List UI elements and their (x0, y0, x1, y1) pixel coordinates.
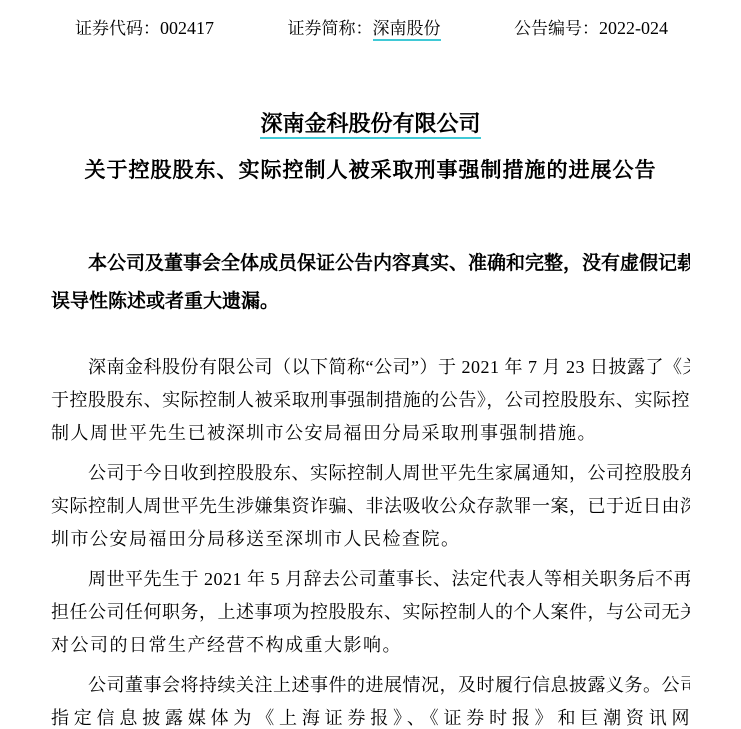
announcement-number: 公告编号：2022-024 (514, 16, 668, 41)
announcement-subject: 关于控股股东、实际控制人被采取刑事强制措施的进展公告 (51, 155, 690, 185)
body-line: 公司于今日收到控股股东、实际控制人周世平先生家属通知，公司控股股东、 (51, 457, 690, 490)
body-line: 周世平先生于 2021 年 5 月辞去公司董事长、法定代表人等相关职务后不再 (51, 563, 690, 596)
disclaimer: 本公司及董事会全体成员保证公告内容真实、准确和完整，没有虚假记载、 误导性陈述或… (51, 245, 690, 321)
document-body: 深南金科股份有限公司（以下简称“公司”）于 2021 年 7 月 23 日披露了… (51, 351, 690, 729)
body-line: 深南金科股份有限公司（以下简称“公司”）于 2021 年 7 月 23 日披露了… (51, 351, 690, 384)
document-header: 证券代码：002417 证券简称：深南股份 公告编号：2022-024 (51, 16, 690, 41)
paragraph-1: 深南金科股份有限公司（以下简称“公司”）于 2021 年 7 月 23 日披露了… (51, 351, 690, 450)
body-line: 实际控制人周世平先生涉嫌集资诈骗、非法吸收公众存款罪一案，已于近日由深 (51, 490, 690, 523)
announcement-number-label: 公告编号： (514, 19, 599, 38)
paragraph-4: 公司董事会将持续关注上述事件的进展情况，及时履行信息披露义务。公司 指定信息披露… (51, 669, 690, 729)
announcement-document: 证券代码：002417 证券简称：深南股份 公告编号：2022-024 深南金科… (0, 16, 741, 729)
paragraph-2: 公司于今日收到控股股东、实际控制人周世平先生家属通知，公司控股股东、 实际控制人… (51, 457, 690, 556)
stock-name: 证券简称：深南股份 (288, 17, 441, 41)
body-line: 对公司的日常生产经营不构成重大影响。 (51, 629, 690, 662)
body-line: 担任公司任何职务，上述事项为控股股东、实际控制人的个人案件，与公司无关， (51, 596, 690, 629)
paragraph-3: 周世平先生于 2021 年 5 月辞去公司董事长、法定代表人等相关职务后不再 担… (51, 563, 690, 662)
company-title: 深南金科股份有限公司 (51, 109, 690, 139)
body-line: 指定信息披露媒体为《上海证券报》、《证券时报》和巨潮资讯网 (51, 702, 690, 729)
stock-code-label: 证券代码： (75, 19, 160, 38)
body-line: 公司董事会将持续关注上述事件的进展情况，及时履行信息披露义务。公司 (51, 669, 690, 702)
disclaimer-line: 误导性陈述或者重大遗漏。 (51, 283, 690, 321)
stock-code-value: 002417 (160, 18, 214, 38)
stock-name-value: 深南股份 (373, 19, 441, 41)
stock-code: 证券代码：002417 (75, 16, 214, 41)
body-line: 于控股股东、实际控制人被采取刑事强制措施的公告》，公司控股股东、实际控 (51, 384, 690, 417)
disclaimer-line: 本公司及董事会全体成员保证公告内容真实、准确和完整，没有虚假记载、 (51, 245, 690, 283)
company-title-text: 深南金科股份有限公司 (260, 111, 480, 139)
announcement-number-value: 2022-024 (599, 18, 668, 38)
body-line: 制人周世平先生已被深圳市公安局福田分局采取刑事强制措施。 (51, 417, 690, 450)
stock-name-label: 证券简称： (288, 19, 373, 38)
body-line: 圳市公安局福田分局移送至深圳市人民检查院。 (51, 523, 690, 556)
